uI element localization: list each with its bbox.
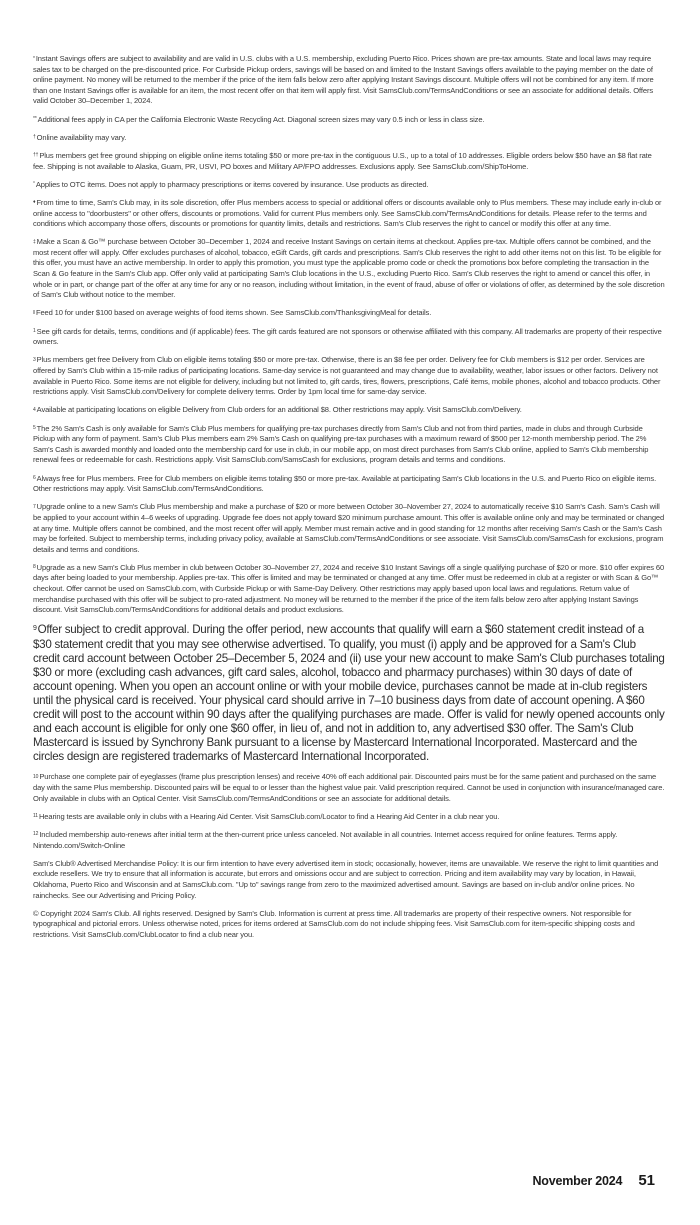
footnote-gift-cards: 1See gift cards for details, terms, cond… [33,327,665,348]
footnote-marker: 8 [33,564,36,570]
footnote-free-shipping: ††Plus members get free ground shipping … [33,151,665,172]
fine-print-page: *Instant Savings offers are subject to a… [33,54,665,948]
footnote-text: Plus members get free Delivery from Club… [33,355,660,396]
footnote-marker: †† [33,152,38,158]
footnote-marker: 7 [33,504,36,510]
footnote-marker: 1 [33,328,36,334]
footnote-curbside-pickup: 6Always free for Plus members. Free for … [33,474,665,495]
footnote-in-club-upgrade: 8Upgrade as a new Sam's Club Plus member… [33,563,665,616]
footnote-hearing-tests: 11Hearing tests are available only in cl… [33,812,665,823]
footnote-delivery: 3Plus members get free Delivery from Clu… [33,355,665,397]
footnote-marker: 3 [33,357,36,363]
footnote-text: Instant Savings offers are subject to av… [33,54,654,105]
issue-date: November 2024 [532,1174,622,1188]
footnote-marker: ° [33,181,35,187]
footnote-marker: ** [33,116,37,122]
footnote-plus-early-access: ♦From time to time, Sam's Club may, in i… [33,198,665,230]
footnote-text: Hearing tests are available only in club… [39,812,499,821]
footnote-marker: 11 [33,813,38,819]
footnote-marker: 6 [33,475,36,481]
footnote-marker: † [33,134,36,140]
page-footer: November 2024 51 [532,1172,655,1189]
footnote-credit-card-offer: 9Offer subject to credit approval. Durin… [33,623,665,764]
footnote-text: See gift cards for details, terms, condi… [33,327,662,347]
footnote-marker: 4 [33,407,36,413]
footnote-marker: 9 [33,625,37,632]
copyright-notice: © Copyright 2024 Sam's Club. All rights … [33,909,665,941]
footnote-marker: 12 [33,831,38,837]
advertised-merchandise-policy: Sam's Club® Advertised Merchandise Polic… [33,859,665,901]
footnote-text: From time to time, Sam's Club may, in it… [33,198,661,228]
footnote-text: Online availability may vary. [37,133,127,142]
footnote-text: Always free for Plus members. Free for C… [33,474,656,494]
footnote-text: Purchase one complete pair of eyeglasses… [33,772,664,802]
footnote-otc-items: °Applies to OTC items. Does not apply to… [33,180,665,191]
footnote-thanksgiving-meal: ‖Feed 10 for under $100 based on average… [33,308,665,319]
footnote-marker: ‡ [33,239,36,245]
footnote-online-upgrade: 7Upgrade online to a new Sam's Club Plus… [33,502,665,555]
footnote-marker: * [33,56,35,62]
footnote-text: Upgrade as a new Sam's Club Plus member … [33,563,664,614]
footnote-eyeglasses: 10Purchase one complete pair of eyeglass… [33,772,665,804]
footnote-text: Upgrade online to a new Sam's Club Plus … [33,502,664,553]
footnote-text: Plus members get free ground shipping on… [33,151,652,171]
footnote-marker: 10 [33,774,38,780]
page-number: 51 [638,1172,655,1189]
footnote-delivery-fee: 4Available at participating locations on… [33,405,665,416]
footnote-text: Applies to OTC items. Does not apply to … [36,180,429,189]
footnote-text: Offer subject to credit approval. During… [33,623,665,763]
footnote-nintendo-membership: 12Included membership auto-renews after … [33,830,665,851]
footnote-instant-savings: *Instant Savings offers are subject to a… [33,54,665,107]
footnote-marker: ‖ [33,310,35,316]
footnote-text: Feed 10 for under $100 based on average … [36,308,431,317]
footnote-text: The 2% Sam's Cash is only available for … [33,424,648,465]
footnote-ewaste-fees: **Additional fees apply in CA per the Ca… [33,115,665,126]
footnote-online-availability: †Online availability may vary. [33,133,665,144]
footnote-marker: 5 [33,425,36,431]
footnote-text: Included membership auto-renews after in… [33,830,617,850]
footnote-sams-cash: 5The 2% Sam's Cash is only available for… [33,424,665,466]
footnote-scan-and-go: ‡Make a Scan & Go™ purchase between Octo… [33,237,665,301]
footnote-text: Additional fees apply in CA per the Cali… [38,115,485,124]
footnote-text: Available at participating locations on … [37,405,522,414]
footnote-text: Make a Scan & Go™ purchase between Octob… [33,237,665,299]
